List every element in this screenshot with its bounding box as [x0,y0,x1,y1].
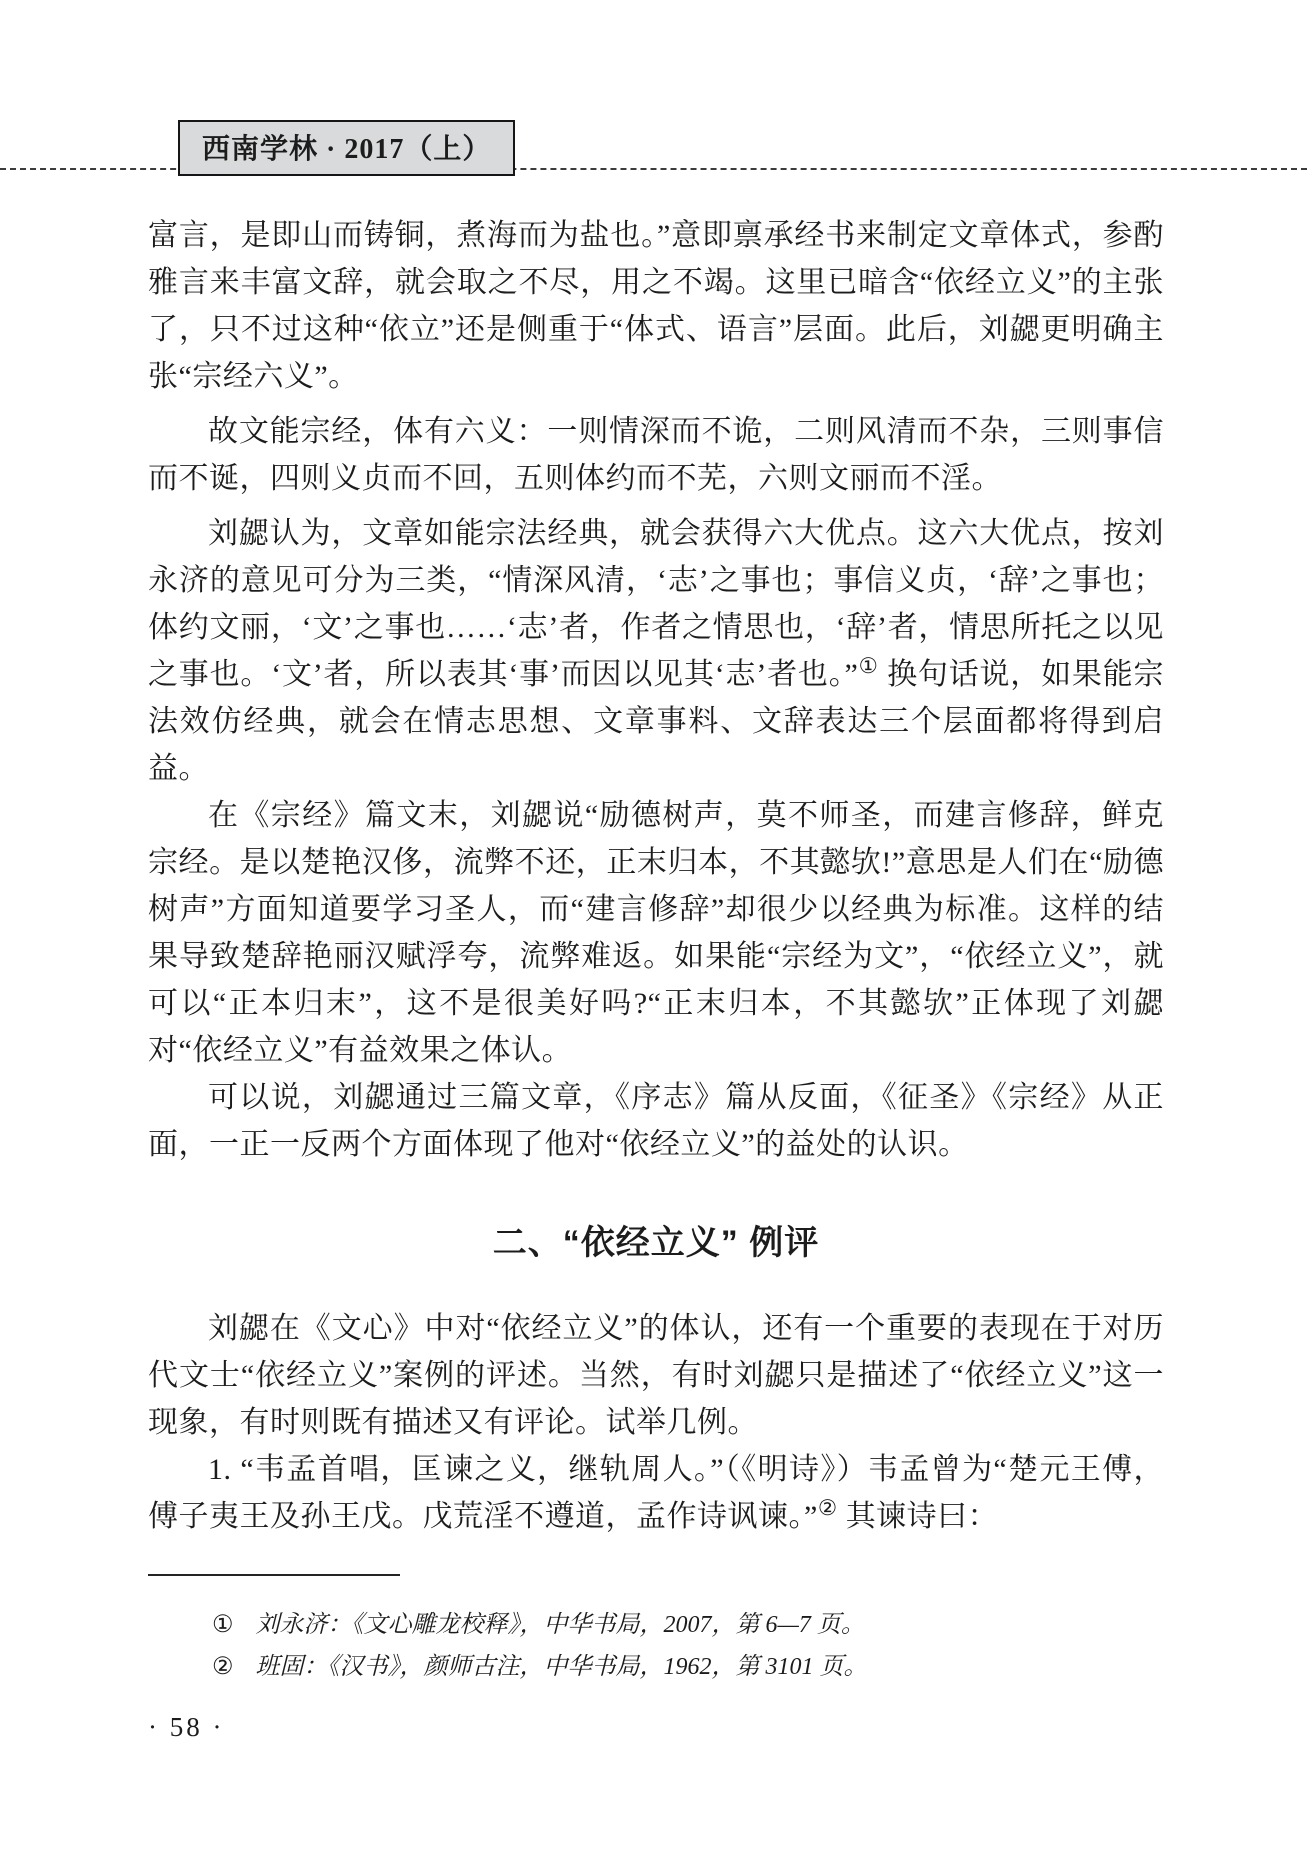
section-heading: 二、“依经立义” 例评 [148,1220,1164,1267]
footnote-marker: ② [212,1646,234,1688]
page-number: · 58 · [148,1712,1164,1743]
body-paragraph: 可以说，刘勰通过三篇文章，《序志》篇从反面，《征圣》《宗经》从正面，一正一反两个… [148,1074,1164,1168]
body-paragraph: 富言，是即山而铸铜，煮海而为盐也。”意即禀承经书来制定文章体式，参酌雅言来丰富文… [148,212,1164,400]
footnote-ref: ② [818,1496,838,1520]
footnote-item: ② 班固：《汉书》，颜师古注，中华书局，1962，第 3101 页。 [148,1646,1164,1688]
block-quote-paragraph: 故文能宗经，体有六义：一则情深而不诡，二则风清而不杂，三则事信而不诞，四则义贞而… [148,408,1164,502]
footnote-item: ① 刘永济：《文心雕龙校释》，中华书局，2007，第 6—7 页。 [148,1604,1164,1646]
body-paragraph: 在《宗经》篇文末，刘勰说“励德树声，莫不师圣，而建言修辞，鲜克宗经。是以楚艳汉侈… [148,792,1164,1074]
footnote-ref: ① [858,654,878,678]
body-paragraph: 1. “韦孟首唱，匡谏之义，继轨周人。”（《明诗》）韦孟曾为“楚元王傅，傅子夷王… [148,1446,1164,1540]
footnote-marker: ① [212,1604,234,1646]
body-paragraph: 刘勰认为，文章如能宗法经典，就会获得六大优点。这六大优点，按刘永济的意见可分为三… [148,510,1164,792]
article-body: 富言，是即山而铸铜，煮海而为盐也。”意即禀承经书来制定文章体式，参酌雅言来丰富文… [148,212,1164,1743]
footnote-separator-rule [148,1574,400,1576]
document-page: 西南学林 · 2017（上） 富言，是即山而铸铜，煮海而为盐也。”意即禀承经书来… [0,0,1307,1859]
journal-header-badge: 西南学林 · 2017（上） [178,120,515,176]
footnote-text: 刘永济：《文心雕龙校释》，中华书局，2007，第 6—7 页。 [256,1604,865,1646]
footnote-text: 班固：《汉书》，颜师古注，中华书局，1962，第 3101 页。 [256,1646,868,1688]
body-paragraph: 刘勰在《文心》中对“依经立义”的体认，还有一个重要的表现在于对历代文士“依经立义… [148,1305,1164,1446]
